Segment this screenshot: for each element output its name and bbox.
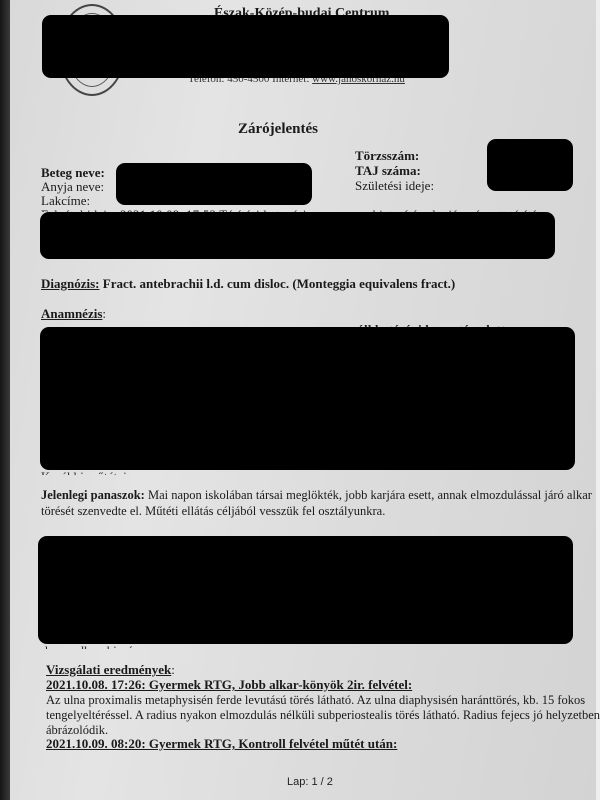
result-entry-1-heading: 2021.10.08. 17:26: Gyermek RTG, Jobb alk… — [46, 677, 412, 693]
page-number: Lap: 1 / 2 — [287, 776, 333, 788]
redaction-anamnesis — [40, 327, 575, 470]
birth-date-label: Születési ideje: — [355, 178, 434, 194]
redaction-patient-name — [116, 163, 312, 205]
address-label: Lakcíme: — [41, 193, 90, 209]
anamnesis-label: Anamnézis — [41, 306, 102, 321]
complaints-line-1: Jelenlegi panaszok: Mai napon iskolában … — [41, 487, 592, 504]
redaction-patient-ids — [487, 139, 573, 191]
anamnesis-heading: Anamnézis: — [41, 306, 106, 322]
complaints-text-2: törését szenvedte el. Műtéti ellátás cél… — [41, 503, 385, 520]
redaction-status — [38, 536, 573, 644]
result-entry-1-line-2: tengelyeltéréssel. A radius nyakon elmoz… — [46, 707, 600, 724]
diagnosis-text: Fract. antebrachii l.d. cum disloc. (Mon… — [103, 276, 455, 291]
complaints-label: Jelenlegi panaszok: — [41, 488, 145, 502]
taj-number-label: TAJ száma: — [355, 163, 421, 179]
redaction-header — [42, 15, 449, 78]
previous-surgery-partial: Korábbi műtétei: ... — [41, 470, 241, 475]
diagnosis-label: Diagnózis: — [41, 276, 100, 291]
redacted-line-partial: harmadban kissé ... — [45, 644, 185, 649]
scan-left-edge — [0, 0, 10, 800]
results-label: Vizsgálati eredmények — [46, 662, 171, 677]
diagnosis: Diagnózis: Fract. antebrachii l.d. cum d… — [41, 276, 455, 292]
results-heading: Vizsgálati eredmények: — [46, 662, 175, 678]
complaints-text-1: Mai napon iskolában társai meglökték, jo… — [148, 488, 592, 502]
redaction-admission — [40, 212, 555, 259]
scan-right-edge — [596, 0, 600, 800]
record-number-label: Törzsszám: — [355, 148, 419, 164]
document-title: Zárójelentés — [238, 121, 318, 138]
result-entry-2-heading: 2021.10.09. 08:20: Gyermek RTG, Kontroll… — [46, 736, 397, 752]
